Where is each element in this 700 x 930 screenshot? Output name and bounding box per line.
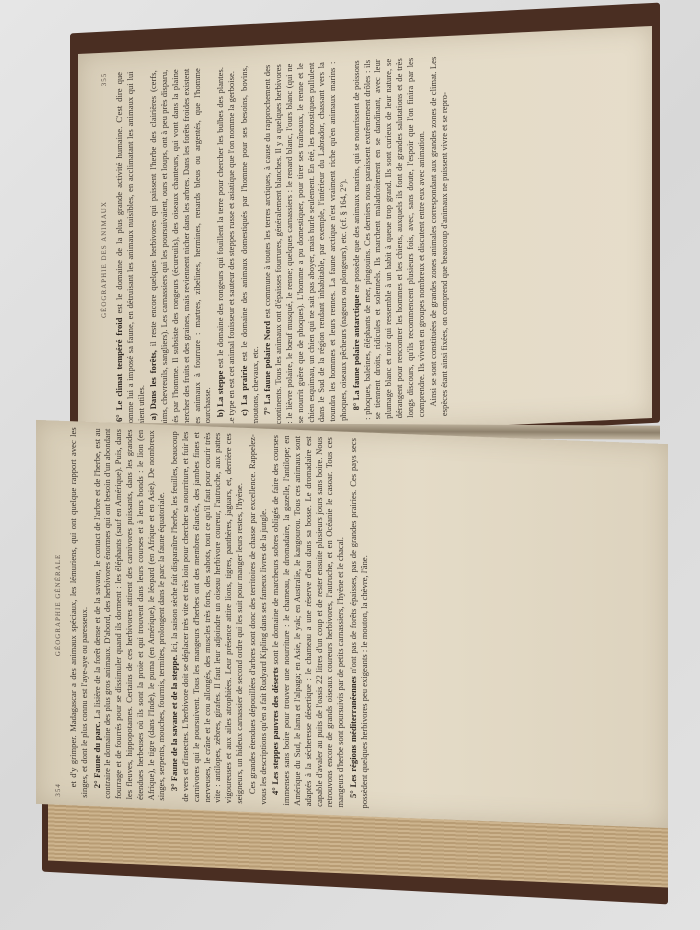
paragraph-lead: c) La prairie <box>239 365 249 416</box>
paragraph-text: ne possède que des animaux marins, qui s… <box>351 58 426 421</box>
paragraph-lead: 3° Faune de la savane et de la steppe. <box>169 655 179 792</box>
paragraph-text: est commune à toutes les terres arctique… <box>262 61 348 424</box>
paragraph: a) Dans les forêts, il reste encore quel… <box>148 67 213 430</box>
paragraph: 4° Les steppes pauvres des déserts sont … <box>270 435 346 808</box>
paragraph-lead: 7° La faune polaire Nord <box>262 321 272 415</box>
paragraph: 3° Faune de la savane et de la steppe. I… <box>169 431 245 804</box>
left-page: 354 GÉOGRAPHIE GÉNÉRALE et d'y grimper. … <box>36 420 668 828</box>
paragraph-text: Ici, la saison sèche fait disparaître l'… <box>169 431 244 804</box>
running-header: GÉOGRAPHIE GÉNÉRALE <box>54 554 62 657</box>
paragraph: b) La steppe est le domaine des rongeurs… <box>215 66 237 427</box>
paragraph: 7° La faune polaire Nord est commune à t… <box>262 61 348 425</box>
paragraph: 6° Le climat tempéré froid est le domain… <box>114 71 146 433</box>
paragraph: 8° La faune polaire antarctique ne possè… <box>351 57 427 421</box>
paragraph-lead: a) Dans les forêts, <box>148 350 158 421</box>
page-number: 354 <box>54 783 62 797</box>
paragraph: 2° Faune du parc. La lisière de la forêt… <box>92 428 168 801</box>
running-header: GÉOGRAPHIE DES ANIMAUX <box>100 201 108 318</box>
paragraph-lead: 2° Faune du parc. <box>92 721 102 788</box>
paragraph-lead: b) La steppe <box>215 370 225 417</box>
page-body: 6° Le climat tempéré froid est le domain… <box>114 56 450 432</box>
paragraph-lead: 4° Les steppes pauvres des déserts <box>270 667 280 795</box>
paragraph: c) La prairie est le domaine des animaux… <box>239 65 261 426</box>
paragraph: et d'y grimper. Madagascar a des animaux… <box>68 427 90 798</box>
page-body: et d'y grimper. Madagascar a des animaux… <box>68 427 370 809</box>
paragraph-text: et d'y grimper. Madagascar a des animaux… <box>68 427 89 798</box>
paragraph-text: sont le domaine de marcheurs sobres obli… <box>270 435 345 808</box>
page-header: GÉOGRAPHIE DES ANIMAUX 355 <box>100 73 108 433</box>
paragraph-lead: 5° Les régions méditerranéennes <box>348 676 358 798</box>
paragraph: 5° Les régions méditerranéennes n'ont pa… <box>348 438 370 809</box>
paragraph: Ainsi se sont constituées de grandes zon… <box>428 56 450 417</box>
page-header: 354 GÉOGRAPHIE GÉNÉRALE <box>54 427 62 797</box>
right-page: GÉOGRAPHIE DES ANIMAUX 355 6° Le climat … <box>78 26 652 446</box>
page-number: 355 <box>100 73 108 87</box>
paragraph-text: La lisière de la forêt dense et de la sa… <box>92 428 167 801</box>
paragraph: Ces grandes étendues dépouillées d'arbre… <box>247 434 269 805</box>
paragraph-text: Ces grandes étendues dépouillées d'arbre… <box>247 434 268 805</box>
paragraph-text: Ainsi se sont constituées de grandes zon… <box>428 56 449 416</box>
paragraph-lead: 6° Le climat tempéré froid <box>114 317 124 422</box>
paragraph-lead: 8° La faune polaire antarctique <box>351 295 361 411</box>
